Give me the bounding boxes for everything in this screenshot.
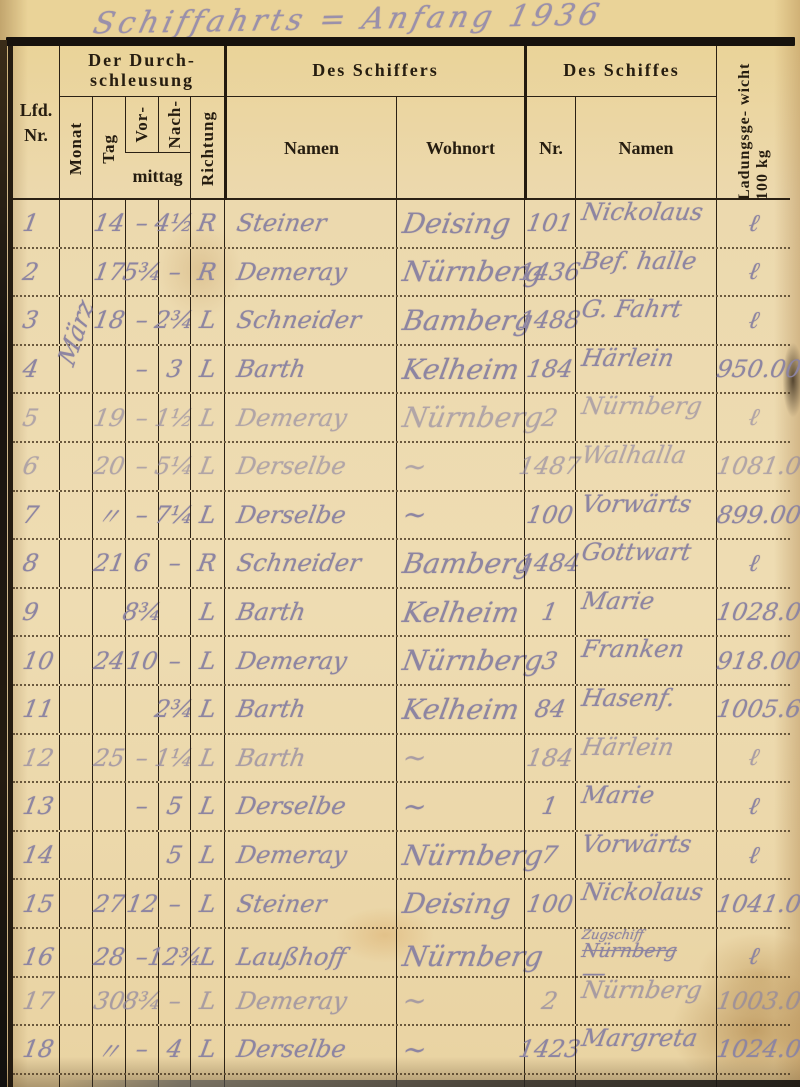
cell-lfd-nr: 13 (21, 792, 56, 820)
cell-nachmittag: 5 (164, 792, 184, 820)
cell-schiff-nr: 2 (540, 404, 560, 432)
cell-vormittag: – (134, 1035, 151, 1063)
cell-monat (59, 783, 92, 830)
cell-ladung: ℓ (746, 403, 761, 432)
cell-schiff-nr: 1487 (517, 452, 583, 480)
cell-nachmittag: 5 (164, 841, 184, 869)
cell-monat (59, 540, 92, 587)
table-row: 10 24 10 – L Demeray Nürnberg 3 Franken … (13, 637, 790, 686)
cell-schiff-name (575, 1075, 716, 1087)
cell-monat (59, 443, 92, 490)
table-row: 9 8¾ L Barth Kelheim 1 Marie 1028.00 (13, 589, 790, 638)
cell-vormittag: – (134, 792, 151, 820)
table-row (13, 1075, 790, 1087)
header-mittag: mittag (125, 152, 190, 200)
cell-richtung: L (197, 841, 218, 869)
group1-title-line2: schleusung (90, 71, 194, 91)
cell-nachmittag: 4 (164, 1035, 184, 1063)
table-row: 16 28 – 12¾ L Laußhoff Nürnberg Zugschif… (13, 929, 790, 978)
table-row: 4 – 3 L Barth Kelheim 184 Härlein 950.00 (13, 346, 790, 395)
header-richtung: Richtung (190, 97, 224, 200)
cell-vormittag: – (134, 452, 151, 480)
cell-schiff-nr: 84 (532, 695, 567, 723)
book-gutter-shadow (0, 40, 7, 1087)
cell-schiffer-name: Laußhoff (235, 943, 349, 971)
cell-schiff-nr: 7 (540, 841, 560, 869)
cell-schiff-nr: 100 (525, 890, 576, 918)
cell-schiffer-name: Barth (235, 598, 308, 626)
cell-wohnort: ~ (400, 790, 429, 823)
cell-monat (59, 1075, 92, 1087)
cell-schiff-name: Marie (575, 589, 716, 636)
cell-nachmittag: – (166, 987, 183, 1015)
cell-schiffer-name: Derselbe (235, 501, 349, 529)
cell-schiff-name: Marie (575, 783, 716, 830)
cell-monat (59, 589, 92, 636)
cell-monat (59, 978, 92, 1025)
cell-richtung: R (196, 258, 219, 286)
cell-ladung: ℓ (746, 549, 761, 578)
cell-vormittag: – (134, 501, 151, 529)
cell-schiffer-name: Schneider (235, 549, 364, 577)
cell-vormittag: 12 (124, 890, 159, 918)
ledger-page-scan: Schiffahrts = Anfang 1936 Lfd. Nr. Der D… (0, 0, 800, 1087)
cell-vormittag: – (134, 404, 151, 432)
cell-nachmittag: – (166, 890, 183, 918)
cell-schiffer-name: Demeray (235, 647, 350, 675)
schiff-name: Nürnberg (580, 394, 704, 418)
header-group-durchschleusung: Der Durch‑ schleusung (59, 46, 224, 97)
cell-schiff-name: Nickolaus (575, 200, 716, 247)
cell-ladung: 1041.00 (715, 890, 800, 918)
table-row: 13 – 5 L Derselbe ~ 1 Marie ℓ (13, 783, 790, 832)
cell-schiffer-name: Derselbe (235, 792, 349, 820)
header-lfd-line2: Nr. (24, 123, 48, 148)
cell-schiff-nr: 3 (540, 647, 560, 675)
schiff-name: Vorwärts (580, 492, 694, 516)
cell-lfd-nr: 14 (21, 841, 56, 869)
cell-ladung: ℓ (746, 841, 761, 870)
table-top-border (6, 37, 795, 46)
table-row: 14 5 L Demeray Nürnberg 7 Vorwärts ℓ (13, 832, 790, 881)
cell-richtung: L (197, 452, 218, 480)
cell-richtung: L (197, 647, 218, 675)
cell-lfd-nr: 16 (21, 943, 56, 971)
cell-schiffer-name: Steiner (235, 890, 329, 918)
cell-ladung: 1024.00 (715, 1035, 800, 1063)
cell-schiff-name: Vorwärts (575, 832, 716, 879)
table-header: Lfd. Nr. Der Durch‑ schleusung Monat Tag… (13, 46, 790, 200)
header-group-schiffers: Des Schiffers (224, 46, 524, 97)
header-group-schiffes: Des Schiffes (524, 46, 716, 97)
cell-monat (59, 492, 92, 539)
cell-lfd-nr: 3 (21, 306, 41, 334)
cell-lfd-nr: 8 (21, 549, 41, 577)
cell-wohnort: ~ (400, 450, 429, 483)
cell-tag: 〃 (94, 497, 124, 532)
header-tag: Tag (92, 97, 125, 200)
cell-vormittag: – (134, 209, 151, 237)
cell-wohnort: Bamberg (400, 547, 535, 580)
cell-nachmittag: 3 (164, 355, 184, 383)
cell-schiff-name: Härlein (575, 346, 716, 393)
cell-schiff-name: G. Fahrt (575, 297, 716, 344)
cell-monat (59, 394, 92, 441)
cell-tag: 〃 (94, 1032, 124, 1067)
cell-ladung: 899.00 (715, 501, 800, 529)
table-row: 18 〃 – 4 L Derselbe ~ 1423 Margreta 1024… (13, 1026, 790, 1075)
cell-wohnort: ~ (400, 741, 429, 774)
table-row: 5 19 – 1½ L Demeray Nürnberg 2 Nürnberg … (13, 394, 790, 443)
cell-wohnort: Kelheim (400, 596, 522, 629)
table-row: 11 2¾ L Barth Kelheim 84 Hasenf. 1005.60 (13, 686, 790, 735)
cell-schiff-nr: 1488 (517, 306, 583, 334)
cell-schiffer-name: Demeray (235, 987, 350, 1015)
header-wohnort: Wohnort (396, 97, 524, 200)
group1-title-line1: Der Durch‑ (88, 51, 196, 71)
schiff-name: Gottwart (580, 540, 693, 564)
cell-nachmittag: – (166, 258, 183, 286)
cell-tag: 19 (91, 404, 126, 432)
cell-vormittag: – (134, 306, 151, 334)
table-row: 8 21 6 – R Schneider Bamberg 1484 Gottwa… (13, 540, 790, 589)
cell-schiffer-name: Derselbe (235, 452, 349, 480)
cell-monat (59, 249, 92, 296)
schiff-name: Walhalla (580, 443, 688, 467)
cell-richtung: L (197, 306, 218, 334)
cell-ladung: 1081.00 (715, 452, 800, 480)
cell-ladung: ℓ (746, 306, 761, 335)
cell-lfd-nr: 1 (21, 209, 41, 237)
cell-wohnort: Kelheim (400, 693, 522, 726)
cell-richtung: L (197, 987, 218, 1015)
cell-lfd-nr: 15 (21, 890, 56, 918)
cell-tag: 21 (91, 549, 126, 577)
cell-monat (59, 880, 92, 927)
cell-ladung: 918.00 (715, 647, 800, 675)
cell-ladung: 1005.60 (715, 695, 800, 723)
cell-lfd-nr: 5 (21, 404, 41, 432)
header-ladungsgewicht: Ladungsge‑ wicht 100 kg (716, 46, 790, 200)
schiff-name: Vorwärts (580, 832, 694, 856)
cell-wohnort: ~ (400, 984, 429, 1017)
cell-richtung: R (196, 549, 219, 577)
cell-richtung: L (197, 1035, 218, 1063)
cell-schiff-name: Walhalla (575, 443, 716, 490)
header-vormittag: Vor‑ (125, 97, 158, 152)
cell-schiff-name: Härlein (575, 735, 716, 782)
cell-tag: 27 (91, 890, 126, 918)
table-row: 12 25 – 1¼ L Barth ~ 184 Härlein ℓ (13, 735, 790, 784)
cell-schiffer-name: Schneider (235, 306, 364, 334)
cell-schiffer-name: Demeray (235, 841, 350, 869)
cell-ladung: ℓ (746, 792, 761, 821)
cell-schiff-name: Nürnberg (575, 394, 716, 441)
cell-schiffer-name: Demeray (235, 258, 350, 286)
cell-schiffer-name: Barth (235, 695, 308, 723)
cell-schiff-nr: 2 (540, 987, 560, 1015)
cell-ladung: 950.00 (715, 355, 800, 383)
cell-lfd-nr: 18 (21, 1035, 56, 1063)
cell-schiff-nr: 100 (525, 501, 576, 529)
table-row: 7 〃 – 7¼ L Derselbe ~ 100 Vorwärts 899.0… (13, 492, 790, 541)
cell-monat (59, 686, 92, 733)
cell-richtung: L (197, 355, 218, 383)
cell-wohnort: Deising (400, 887, 513, 920)
schiff-name: Marie (580, 589, 656, 613)
cell-wohnort: Kelheim (400, 353, 522, 386)
cell-schiff-name: Nickolaus (575, 880, 716, 927)
table-body: März 1 14 – 4½ R Steiner Deising 101 Nic… (13, 200, 790, 1087)
ledger-table: Lfd. Nr. Der Durch‑ schleusung Monat Tag… (8, 46, 790, 1087)
cell-richtung: L (197, 744, 218, 772)
cell-schiffer-name: Barth (235, 744, 308, 772)
table-row: 15 27 12 – L Steiner Deising 100 Nickola… (13, 880, 790, 929)
cell-ladung: ℓ (746, 743, 761, 772)
cell-schiffer-name: Barth (235, 355, 308, 383)
cell-schiffer-name: Derselbe (235, 1035, 349, 1063)
cell-schiff-nr: 101 (525, 209, 576, 237)
schiff-name: Nickolaus (580, 200, 705, 224)
cell-schiff-nr: 184 (525, 744, 576, 772)
header-monat: Monat (59, 97, 92, 200)
schiff-name: Bef. halle (580, 249, 699, 273)
cell-schiff-nr: 1484 (517, 549, 583, 577)
cell-nachmittag: – (166, 647, 183, 675)
header-lfd-nr: Lfd. Nr. (13, 46, 59, 200)
cell-richtung: R (196, 209, 219, 237)
cell-tag: 24 (91, 647, 126, 675)
table-row: 6 20 – 5¼ L Derselbe ~ 1487 Walhalla 108… (13, 443, 790, 492)
table-row: 17 30 8¾ – L Demeray ~ 2 Nürnberg 1003.0… (13, 978, 790, 1027)
cell-monat (59, 832, 92, 879)
table-row: 3 18 – 2¾ L Schneider Bamberg 1488 G. Fa… (13, 297, 790, 346)
cell-monat (59, 735, 92, 782)
cell-vormittag: 6 (132, 549, 152, 577)
cell-schiffer-name: Steiner (235, 209, 329, 237)
cell-lfd-nr: 12 (21, 744, 56, 772)
cell-ladung: ℓ (746, 209, 761, 238)
schiff-name: Marie (580, 783, 656, 807)
schiff-name: Härlein (580, 735, 676, 759)
cell-vormittag: – (134, 744, 151, 772)
header-schiffer-namen: Namen (224, 97, 396, 200)
cell-schiff-name: Nürnberg (575, 978, 716, 1025)
schiff-name: Franken (580, 637, 686, 661)
cell-richtung: L (197, 501, 218, 529)
schiff-name: Hasenf. (580, 686, 677, 710)
cell-schiff-nr: 1 (540, 598, 560, 626)
cell-monat (59, 1026, 92, 1073)
cell-lfd-nr: 10 (21, 647, 56, 675)
cell-ladung: 1028.00 (715, 598, 800, 626)
cell-schiff-nr: 1 (540, 792, 560, 820)
cell-richtung: L (197, 792, 218, 820)
header-lfd-line1: Lfd. (20, 98, 53, 123)
cell-schiffer-name: Demeray (235, 404, 350, 432)
cell-lfd-nr: 7 (21, 501, 41, 529)
cell-tag: 14 (91, 209, 126, 237)
cell-richtung: L (197, 598, 218, 626)
header-nachmittag: Nach‑ (158, 97, 190, 152)
header-schiff-nr: Nr. (524, 97, 575, 200)
cell-ladung: ℓ (746, 942, 761, 971)
cell-schiff-nr: 1436 (517, 258, 583, 286)
schiff-name: Nickolaus (580, 880, 705, 904)
cell-vormittag: – (134, 355, 151, 383)
cell-lfd-nr: 9 (21, 598, 41, 626)
cell-lfd-nr: 2 (21, 258, 41, 286)
cell-schiff-name: Hasenf. (575, 686, 716, 733)
cell-vormittag: 10 (124, 647, 159, 675)
table-row: 2 17 5¾ – R Demeray Nürnberg 1436 Bef. h… (13, 249, 790, 298)
cell-wohnort: ~ (400, 498, 429, 531)
cell-nachmittag: – (166, 549, 183, 577)
cell-richtung: L (197, 695, 218, 723)
cell-schiff-name: Gottwart (575, 540, 716, 587)
cell-lfd-nr: 6 (21, 452, 41, 480)
cell-richtung: L (197, 404, 218, 432)
cell-schiff-nr: 1423 (517, 1035, 583, 1063)
cell-schiff-name: Vorwärts (575, 492, 716, 539)
cell-monat (59, 200, 92, 247)
cell-wohnort: Bamberg (400, 304, 535, 337)
cell-ladung: ℓ (746, 257, 761, 286)
header-schiff-namen: Namen (575, 97, 716, 200)
cell-lfd-nr: 17 (21, 987, 56, 1015)
schiff-name: Nürnberg (580, 978, 704, 1002)
cell-ladung: 1003.00 (715, 987, 800, 1015)
cell-lfd-nr: 4 (21, 355, 41, 383)
cell-wohnort: ~ (400, 1033, 429, 1066)
schiff-name: G. Fahrt (580, 297, 684, 321)
cell-schiff-name: Bef. halle (575, 249, 716, 296)
cell-monat (59, 929, 92, 985)
schiff-name: Härlein (580, 346, 676, 370)
cell-schiff-name: Franken (575, 637, 716, 684)
table-row: 1 14 – 4½ R Steiner Deising 101 Nickolau… (13, 200, 790, 249)
cell-tag: 20 (91, 452, 126, 480)
cell-tag: 28 (91, 943, 126, 971)
cell-monat (59, 637, 92, 684)
cell-schiff-name: Margreta (575, 1026, 716, 1073)
cell-wohnort: Deising (400, 207, 513, 240)
cell-lfd-nr: 11 (21, 695, 56, 723)
cell-schiff-nr: 184 (525, 355, 576, 383)
handwritten-page-title: Schiffahrts = Anfang 1936 (90, 0, 606, 41)
cell-richtung: L (197, 890, 218, 918)
cell-tag: 25 (91, 744, 126, 772)
schiff-name: Margreta (580, 1026, 700, 1050)
cell-richtung: L (197, 943, 218, 971)
